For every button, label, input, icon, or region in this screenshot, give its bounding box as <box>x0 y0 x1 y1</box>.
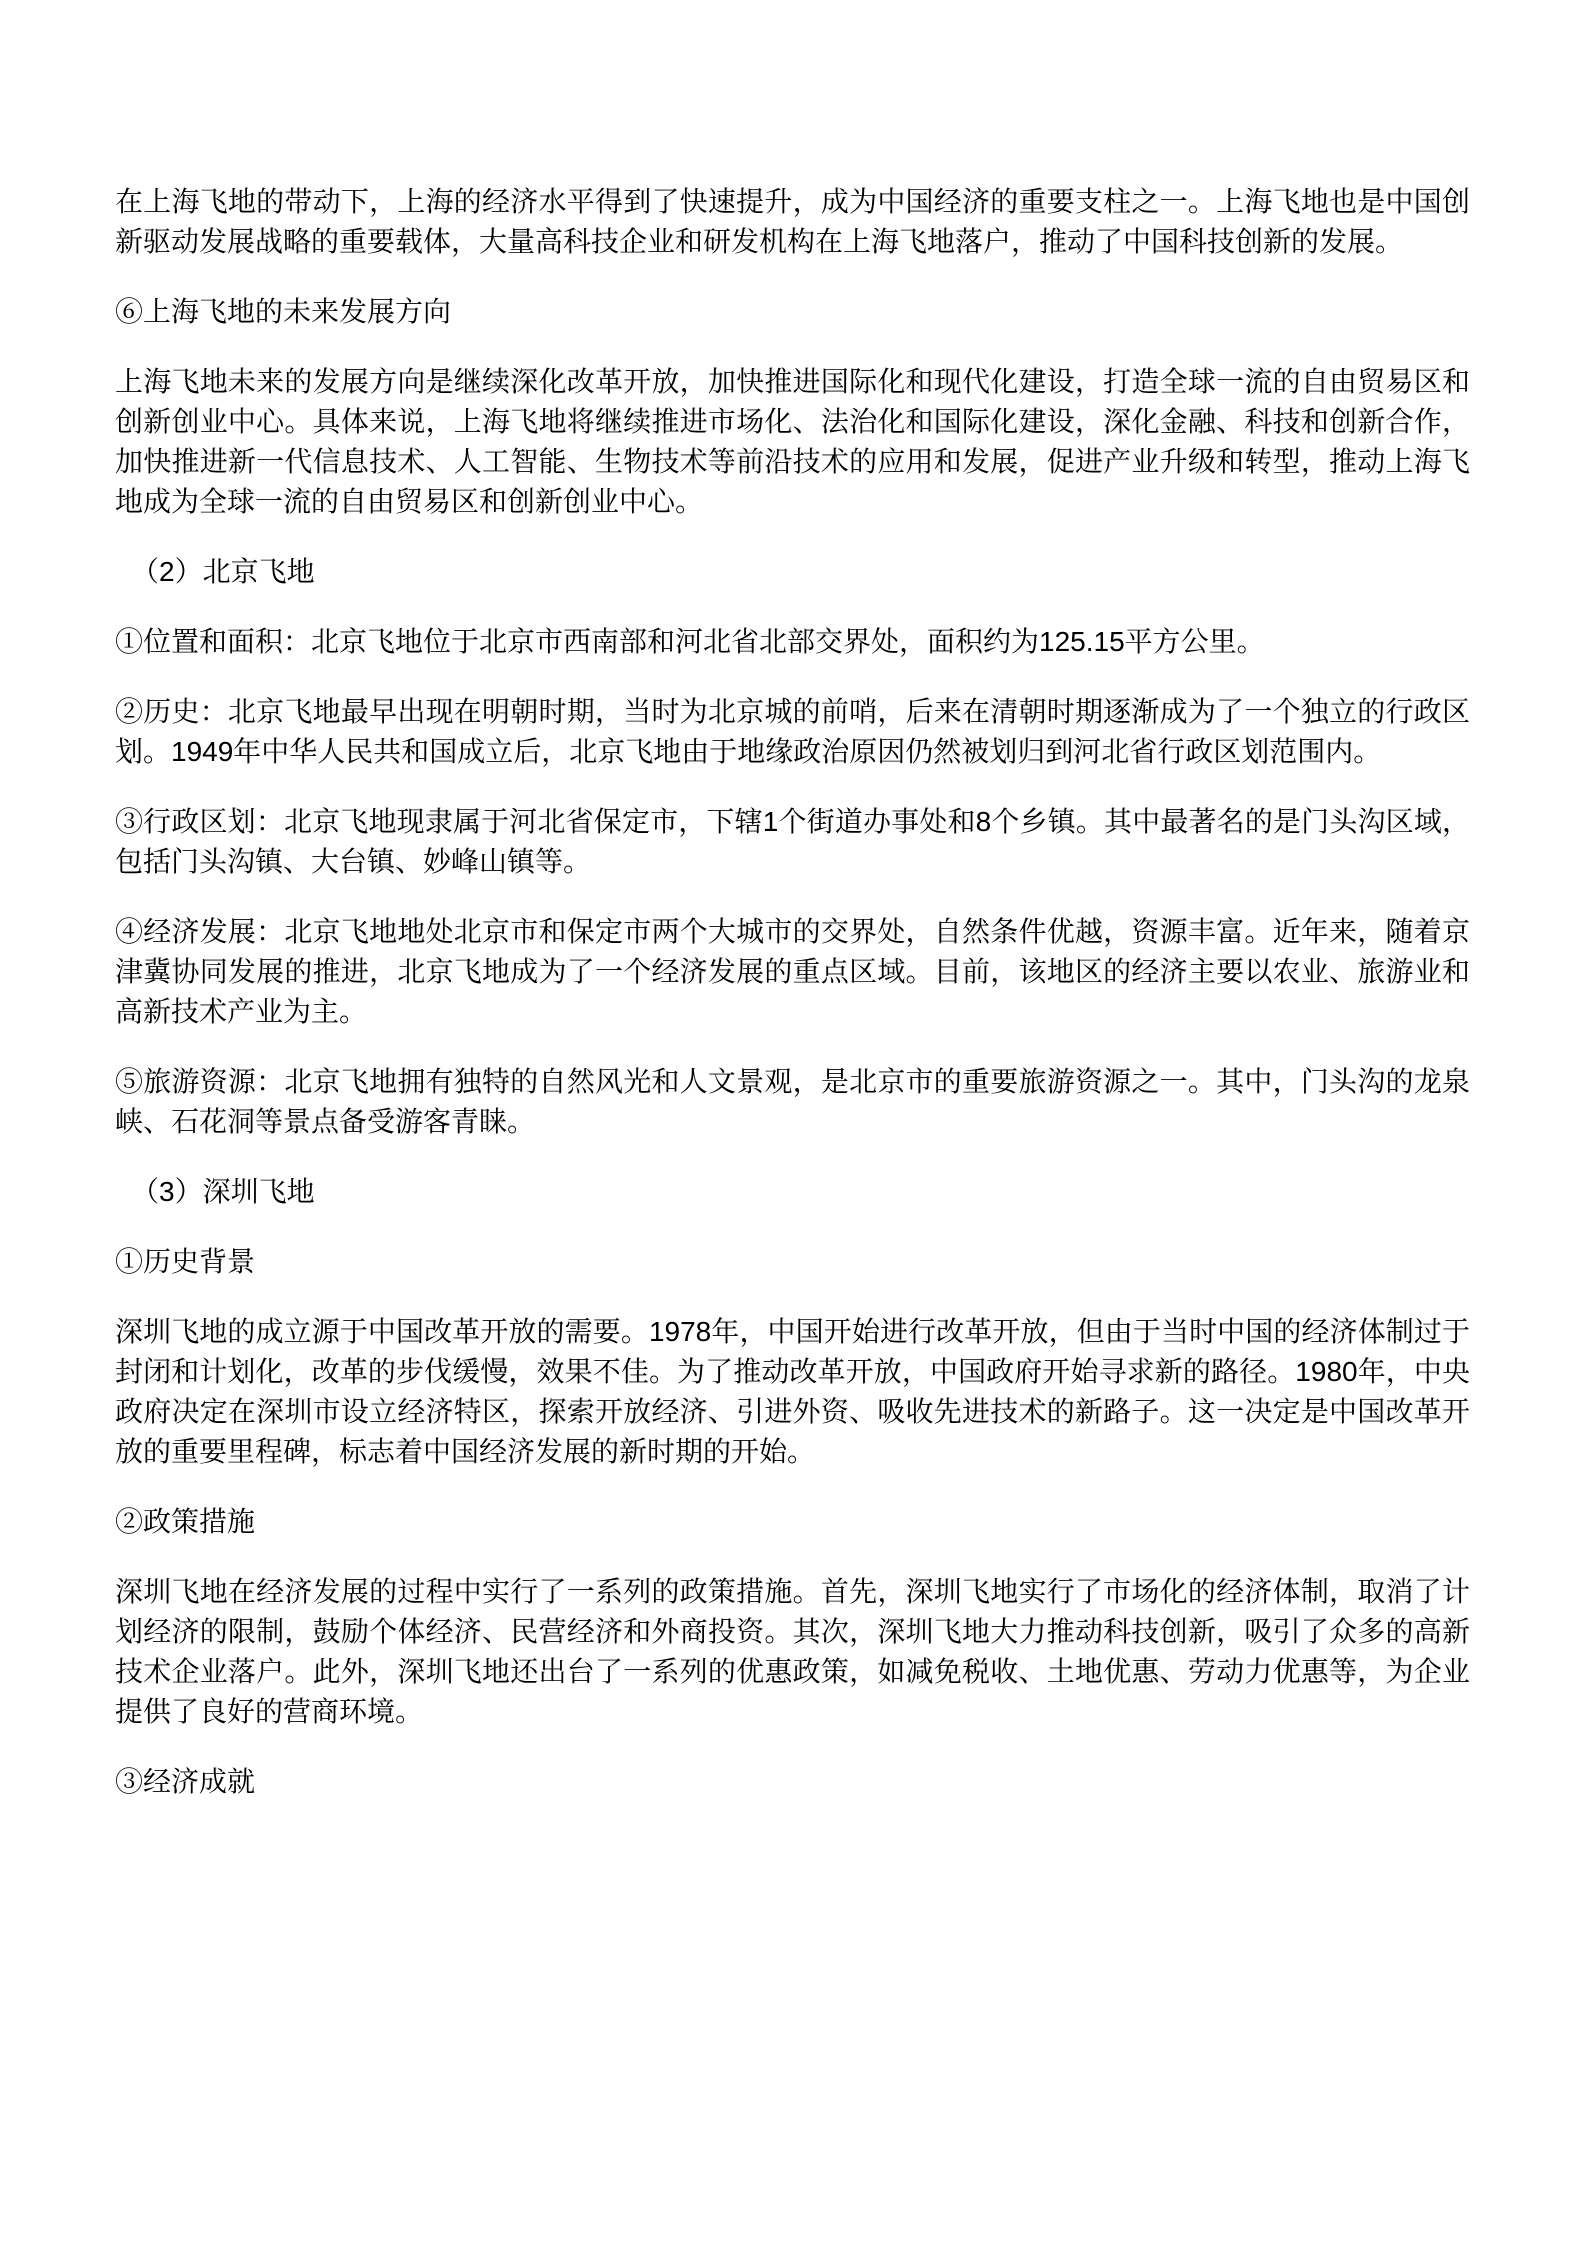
paragraph-shanghai-future-plan: 上海飞地未来的发展方向是继续深化改革开放，加快推进国际化和现代化建设，打造全球一… <box>115 362 1470 522</box>
heading-shenzhen-historical-background: ①历史背景 <box>115 1242 1470 1282</box>
paragraph-beijing-history: ②历史：北京飞地最早出现在明朝时期，当时为北京城的前哨，后来在清朝时期逐渐成为了… <box>115 692 1470 772</box>
heading-shenzhen-economic-achievements: ③经济成就 <box>115 1762 1470 1802</box>
paragraph-beijing-tourism-resources: ⑤旅游资源：北京飞地拥有独特的自然风光和人文景观，是北京市的重要旅游资源之一。其… <box>115 1062 1470 1142</box>
paragraph-shanghai-impact: 在上海飞地的带动下，上海的经济水平得到了快速提升，成为中国经济的重要支柱之一。上… <box>115 182 1470 262</box>
heading-shenzhen-enclave: （3）深圳飞地 <box>115 1172 1470 1212</box>
heading-beijing-enclave: （2）北京飞地 <box>115 552 1470 592</box>
paragraph-beijing-location-area: ①位置和面积：北京飞地位于北京市西南部和河北省北部交界处，面积约为125.15平… <box>115 622 1470 662</box>
heading-shenzhen-policy-measures: ②政策措施 <box>115 1502 1470 1542</box>
document-page: 在上海飞地的带动下，上海的经济水平得到了快速提升，成为中国经济的重要支柱之一。上… <box>0 0 1585 2244</box>
paragraph-beijing-economic-development: ④经济发展：北京飞地地处北京市和保定市两个大城市的交界处，自然条件优越，资源丰富… <box>115 912 1470 1032</box>
paragraph-shenzhen-policy: 深圳飞地在经济发展的过程中实行了一系列的政策措施。首先，深圳飞地实行了市场化的经… <box>115 1572 1470 1732</box>
paragraph-shenzhen-history: 深圳飞地的成立源于中国改革开放的需要。1978年，中国开始进行改革开放，但由于当… <box>115 1312 1470 1472</box>
heading-shanghai-future-direction: ⑥上海飞地的未来发展方向 <box>115 292 1470 332</box>
paragraph-beijing-administrative-division: ③行政区划：北京飞地现隶属于河北省保定市，下辖1个街道办事处和8个乡镇。其中最著… <box>115 802 1470 882</box>
